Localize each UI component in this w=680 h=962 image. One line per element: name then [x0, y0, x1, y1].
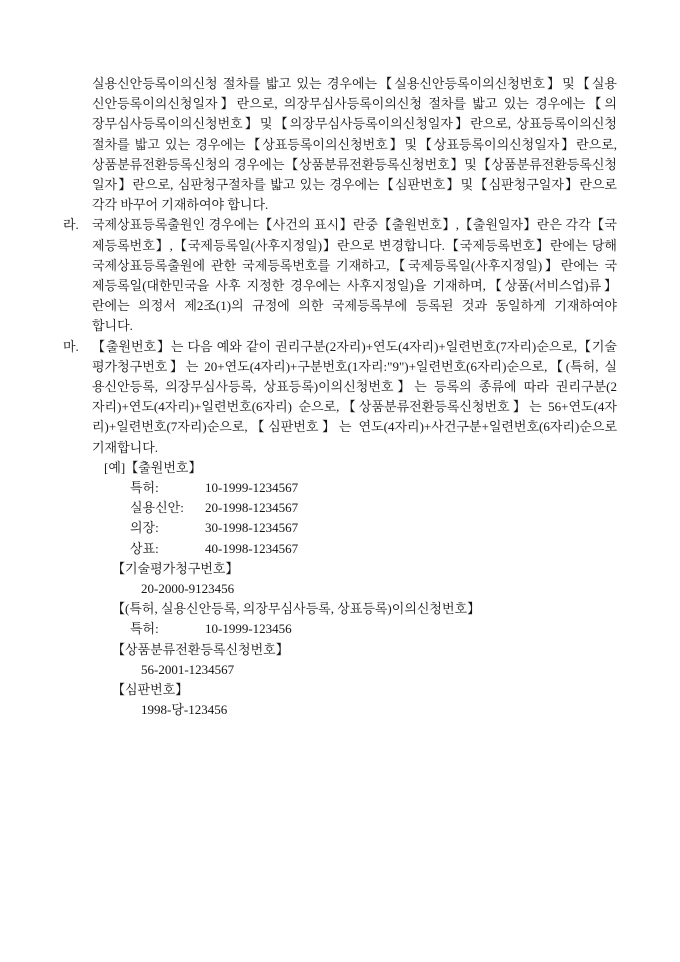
example-row: 의장:30-1998-1234567	[63, 518, 617, 538]
text-line: 국제상표등록출원에 관한 국제등록번호를 기재하고,【국제등록일(사후지정일)】…	[92, 256, 617, 276]
document-page: 실용신안등록이의신청 절차를 밟고 있는 경우에는【실용신안등록이의신청번호】및…	[0, 0, 680, 962]
text-line: 국제상표등록출원인 경우에는【사건의 표시】란중【출원번호】,【출원일자】란은 …	[92, 215, 617, 235]
text-line: 절차를 밟고 있는 경우에는【상표등록이의신청번호】및【상표등록이의신청일자】란…	[92, 135, 617, 155]
example-row: 특허:10-1999-1234567	[63, 478, 617, 498]
text-line: 용신안등록, 의장무심사등록, 상표등록)이의신청번호】는 등록의 종류에 따라…	[92, 377, 617, 397]
example-row: 실용신안:20-1998-1234567	[63, 498, 617, 518]
text-line: 일자】란으로, 심판청구절차를 밟고 있는 경우에는【심판번호】및【심판청구일자…	[92, 175, 617, 195]
text-line: 제등록번호】,【국제등록일(사후지정일)】란으로 변경합니다.【국제등록번호】란…	[92, 236, 617, 256]
example-header: 【(특허, 실용신안등록, 의장무심사등록, 상표등록)이의신청번호】	[63, 599, 617, 619]
document-content: 실용신안등록이의신청 절차를 밟고 있는 경우에는【실용신안등록이의신청번호】및…	[63, 74, 617, 721]
text-line: 란에는 의정서 제2조(1)의 규정에 의한 국제등록부에 등록된 것과 동일하…	[92, 296, 617, 316]
text-line: 리)+일련번호(7자리)순으로,【심판번호】는 연도(4자리)+사건구분+일련번…	[92, 417, 617, 437]
example-row: 상표:40-1998-1234567	[63, 539, 617, 559]
example-row-value: 10-1999-123456	[205, 621, 292, 636]
example-intro-label: [예]	[104, 460, 125, 475]
example-row: 특허:10-1999-123456	[63, 619, 617, 639]
example-intro-line: [예]【출원번호】	[63, 458, 617, 478]
example-header: 【출원번호】	[125, 460, 201, 475]
example-block: [예]【출원번호】 특허:10-1999-1234567 실용신안:20-199…	[63, 458, 617, 721]
text-line: 【출원번호】는 다음 예와 같이 권리구분(2자리)+연도(4자리)+일련번호(…	[92, 337, 617, 357]
paragraph-continuation: 실용신안등록이의신청 절차를 밟고 있는 경우에는【실용신안등록이의신청번호】및…	[63, 74, 617, 215]
example-row-label: 의장:	[130, 518, 205, 538]
paragraph-label: 마.	[63, 337, 92, 357]
example-row-label: 특허:	[130, 478, 205, 498]
example-row-label: 실용신안:	[130, 498, 205, 518]
example-row-value: 56-2001-1234567	[63, 660, 617, 680]
text-line: 신안등록이의신청일자】란으로, 의장무심사등록이의신청 절차를 밟고 있는 경우…	[92, 94, 617, 114]
text-line: 장무심사등록이의신청번호】및【의장무심사등록이의신청일자】란으로, 상표등록이의…	[92, 114, 617, 134]
text-line: 상품분류전환등록신청의 경우에는【상품분류전환등록신청번호】및【상품분류전환등록…	[92, 155, 617, 175]
example-header: 【심판번호】	[63, 680, 617, 700]
example-row-value: 1998-당-123456	[63, 700, 617, 720]
example-row-label: 상표:	[130, 539, 205, 559]
example-header: 【상품분류전환등록신청번호】	[63, 640, 617, 660]
text-line: 합니다.	[92, 316, 617, 336]
text-line: 기재합니다.	[92, 438, 617, 458]
text-line: 실용신안등록이의신청 절차를 밟고 있는 경우에는【실용신안등록이의신청번호】및…	[92, 74, 617, 94]
example-row-label: 특허:	[130, 619, 205, 639]
example-row-value: 30-1998-1234567	[205, 520, 298, 535]
example-header: 【기술평가청구번호】	[63, 559, 617, 579]
text-line: 각각 바꾸어 기재하여야 합니다.	[92, 195, 617, 215]
text-line: 평가청구번호】는 20+연도(4자리)+구분번호(1자리:"9")+일련번호(6…	[92, 357, 617, 377]
example-row-value: 20-2000-9123456	[63, 579, 617, 599]
text-line: 제등록일(대한민국을 사후 지정한 경우에는 사후지정일)을 기재하며,【상품(…	[92, 276, 617, 296]
example-row-value: 20-1998-1234567	[205, 500, 298, 515]
paragraph-ra: 라. 국제상표등록출원인 경우에는【사건의 표시】란중【출원번호】,【출원일자】…	[63, 215, 617, 336]
paragraph-label: 라.	[63, 215, 92, 235]
example-row-value: 40-1998-1234567	[205, 541, 298, 556]
text-line: 자리)+연도(4자리)+일련번호(6자리) 순으로,【상품분류전환등록신청번호】…	[92, 397, 617, 417]
example-row-value: 10-1999-1234567	[205, 480, 298, 495]
paragraph-ma: 마. 【출원번호】는 다음 예와 같이 권리구분(2자리)+연도(4자리)+일련…	[63, 337, 617, 458]
